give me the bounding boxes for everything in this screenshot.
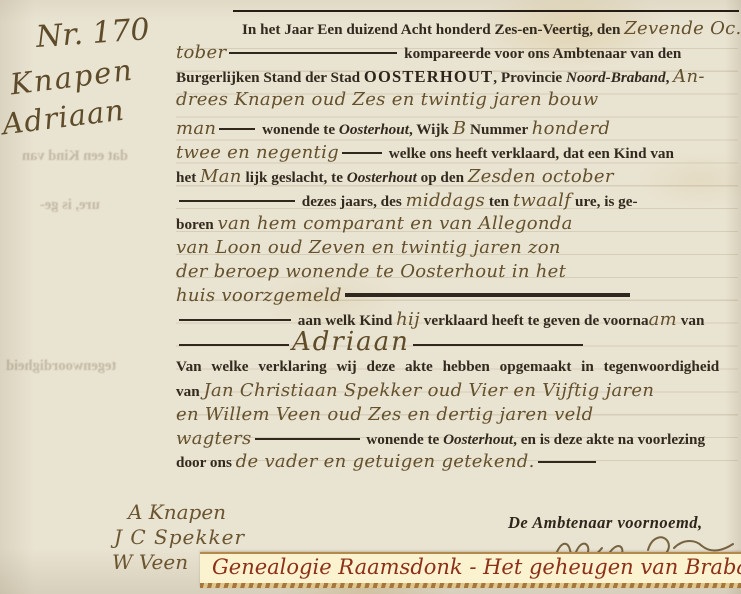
act-text: wagters [176,428,252,449]
act-text: B [453,118,467,139]
act-text: , en is deze akte na voorlezing [513,431,705,448]
act-line: van Loon oud Zeven en twintig jaren zon [176,236,738,260]
act-line: door ons de vader en getuigen getekend. [176,450,738,474]
act-text: van Loon oud Zeven en twintig jaren zon [176,237,561,258]
act-text: drees Knapen oud Zes en twintig jaren bo… [176,89,598,110]
bleedthrough-text: dat een Kind van [22,148,128,165]
act-text: honderd [532,118,610,139]
top-rule [233,10,739,12]
act-text: ure, is ge- [571,193,637,210]
act-line: huis voorzgemeld [176,284,738,308]
act-text: Nummer [466,121,532,138]
fill-line [342,152,382,154]
signature: J C Spekker [114,525,245,550]
act-text: Man [200,166,242,187]
act-text: verklaard heeft te geven de voorna [420,312,649,329]
act-line: Burgerlijken Stand der Stad OOSTERHOUT, … [176,65,738,89]
act-text: Noord-Braband [566,69,666,86]
act-text: middags [406,190,485,211]
act-line: man wonende te Oosterhout, Wijk B Nummer… [176,117,738,141]
act-text: ten [485,193,513,210]
act-line: twee en negentig welke ons heeft verklaa… [176,141,738,165]
act-line: der beroep wonende te Oosterhout in het [176,260,738,284]
act-text: twaalf [513,190,571,211]
act-body: In het Jaar Een duizend Acht honderd Zes… [176,17,738,474]
act-text: aan welk Kind [294,312,396,329]
act-line: Adriaan [176,331,738,355]
act-text: welke ons heeft verklaard, dat een Kind … [385,145,674,162]
fill-line [413,344,583,346]
act-line: tober kompareerde voor ons Ambtenaar van… [176,41,738,65]
act-text: Zesden october [468,166,614,187]
act-line: In het Jaar Een duizend Acht honderd Zes… [176,17,738,41]
act-text: Burgerlijken Stand der Stad [176,69,364,86]
act-text: van [677,312,704,329]
fill-line [179,319,291,321]
act-text: Van welke verklaring wij deze akte hebbe… [176,358,719,375]
act-text: am [649,309,677,330]
act-text: , Wijk [409,121,453,138]
act-text: Oosterhout [443,431,513,448]
act-text: man [176,118,216,139]
fill-line [179,344,289,346]
act-text: Oosterhout [347,169,417,186]
act-line: dezes jaars, des middags ten twaalf ure,… [176,189,738,213]
act-text: In het Jaar Een duizend Acht honderd Zes… [242,21,624,38]
act-line: Van welke verklaring wij deze akte hebbe… [176,355,738,379]
act-text: tober [176,42,226,63]
act-text: huis voorzgemeld [176,285,342,306]
fill-line [255,438,360,440]
act-line: van Jan Christiaan Spekker oud Vier en V… [176,379,738,403]
act-text: der beroep wonende te Oosterhout in het [176,261,566,282]
margin-act-number: Nr. 170 [35,12,151,55]
fill-line [345,293,630,297]
birth-record-page: Nr. 170 Knapen Adriaan dat een Kind van … [0,0,741,594]
fill-line [219,128,255,130]
act-text: Jan Christiaan Spekker oud Vier en Vijft… [203,380,654,401]
signature: A Knapen [128,500,245,525]
act-text: kompareerde voor ons Ambtenaar van den [400,45,681,62]
fill-line [229,52,397,54]
act-line: aan welk Kind hij verklaard heeft te gev… [176,308,738,332]
fill-line [538,461,596,463]
act-text: en Willem Veen oud Zes en dertig jaren v… [176,404,594,425]
act-text: van [176,383,203,400]
bleedthrough-text: ure, is ge- [40,197,100,214]
act-text: van hem comparant en van Allegonda [218,213,573,234]
act-text: An- [673,66,705,87]
act-text: boren [176,216,218,233]
act-text: Oosterhout [339,121,409,138]
act-text: wonende te [258,121,339,138]
act-line: en Willem Veen oud Zes en dertig jaren v… [176,403,738,427]
act-text: lijk geslacht, te [242,169,347,186]
act-text: , Provincie [493,69,566,86]
act-text: OOSTERHOUT [364,67,493,86]
act-line: wagters wonende te Oosterhout, en is dez… [176,427,738,451]
act-text: Zevende Oc. [624,18,741,39]
bleedthrough-text: tegenwoordigheid [6,358,116,375]
act-text: wonende te [363,431,444,448]
act-text: op den [417,169,468,186]
watermark-banner: Genealogie Raamsdonk - Het geheugen van … [200,552,741,588]
act-text: twee en negentig [176,142,339,163]
watermark-text: Genealogie Raamsdonk - Het geheugen van … [200,554,741,581]
act-text: Adriaan [292,327,410,357]
act-text: het [176,169,200,186]
fill-line [179,200,295,202]
act-text: dezes jaars, des [298,193,406,210]
act-text: door ons [176,454,236,471]
act-line: boren van hem comparant en van Allegonda [176,212,738,236]
act-text: de vader en getuigen getekend. [236,451,535,472]
act-line: het Man lijk geslacht, te Oosterhout op … [176,165,738,189]
act-line: drees Knapen oud Zes en twintig jaren bo… [176,88,738,112]
